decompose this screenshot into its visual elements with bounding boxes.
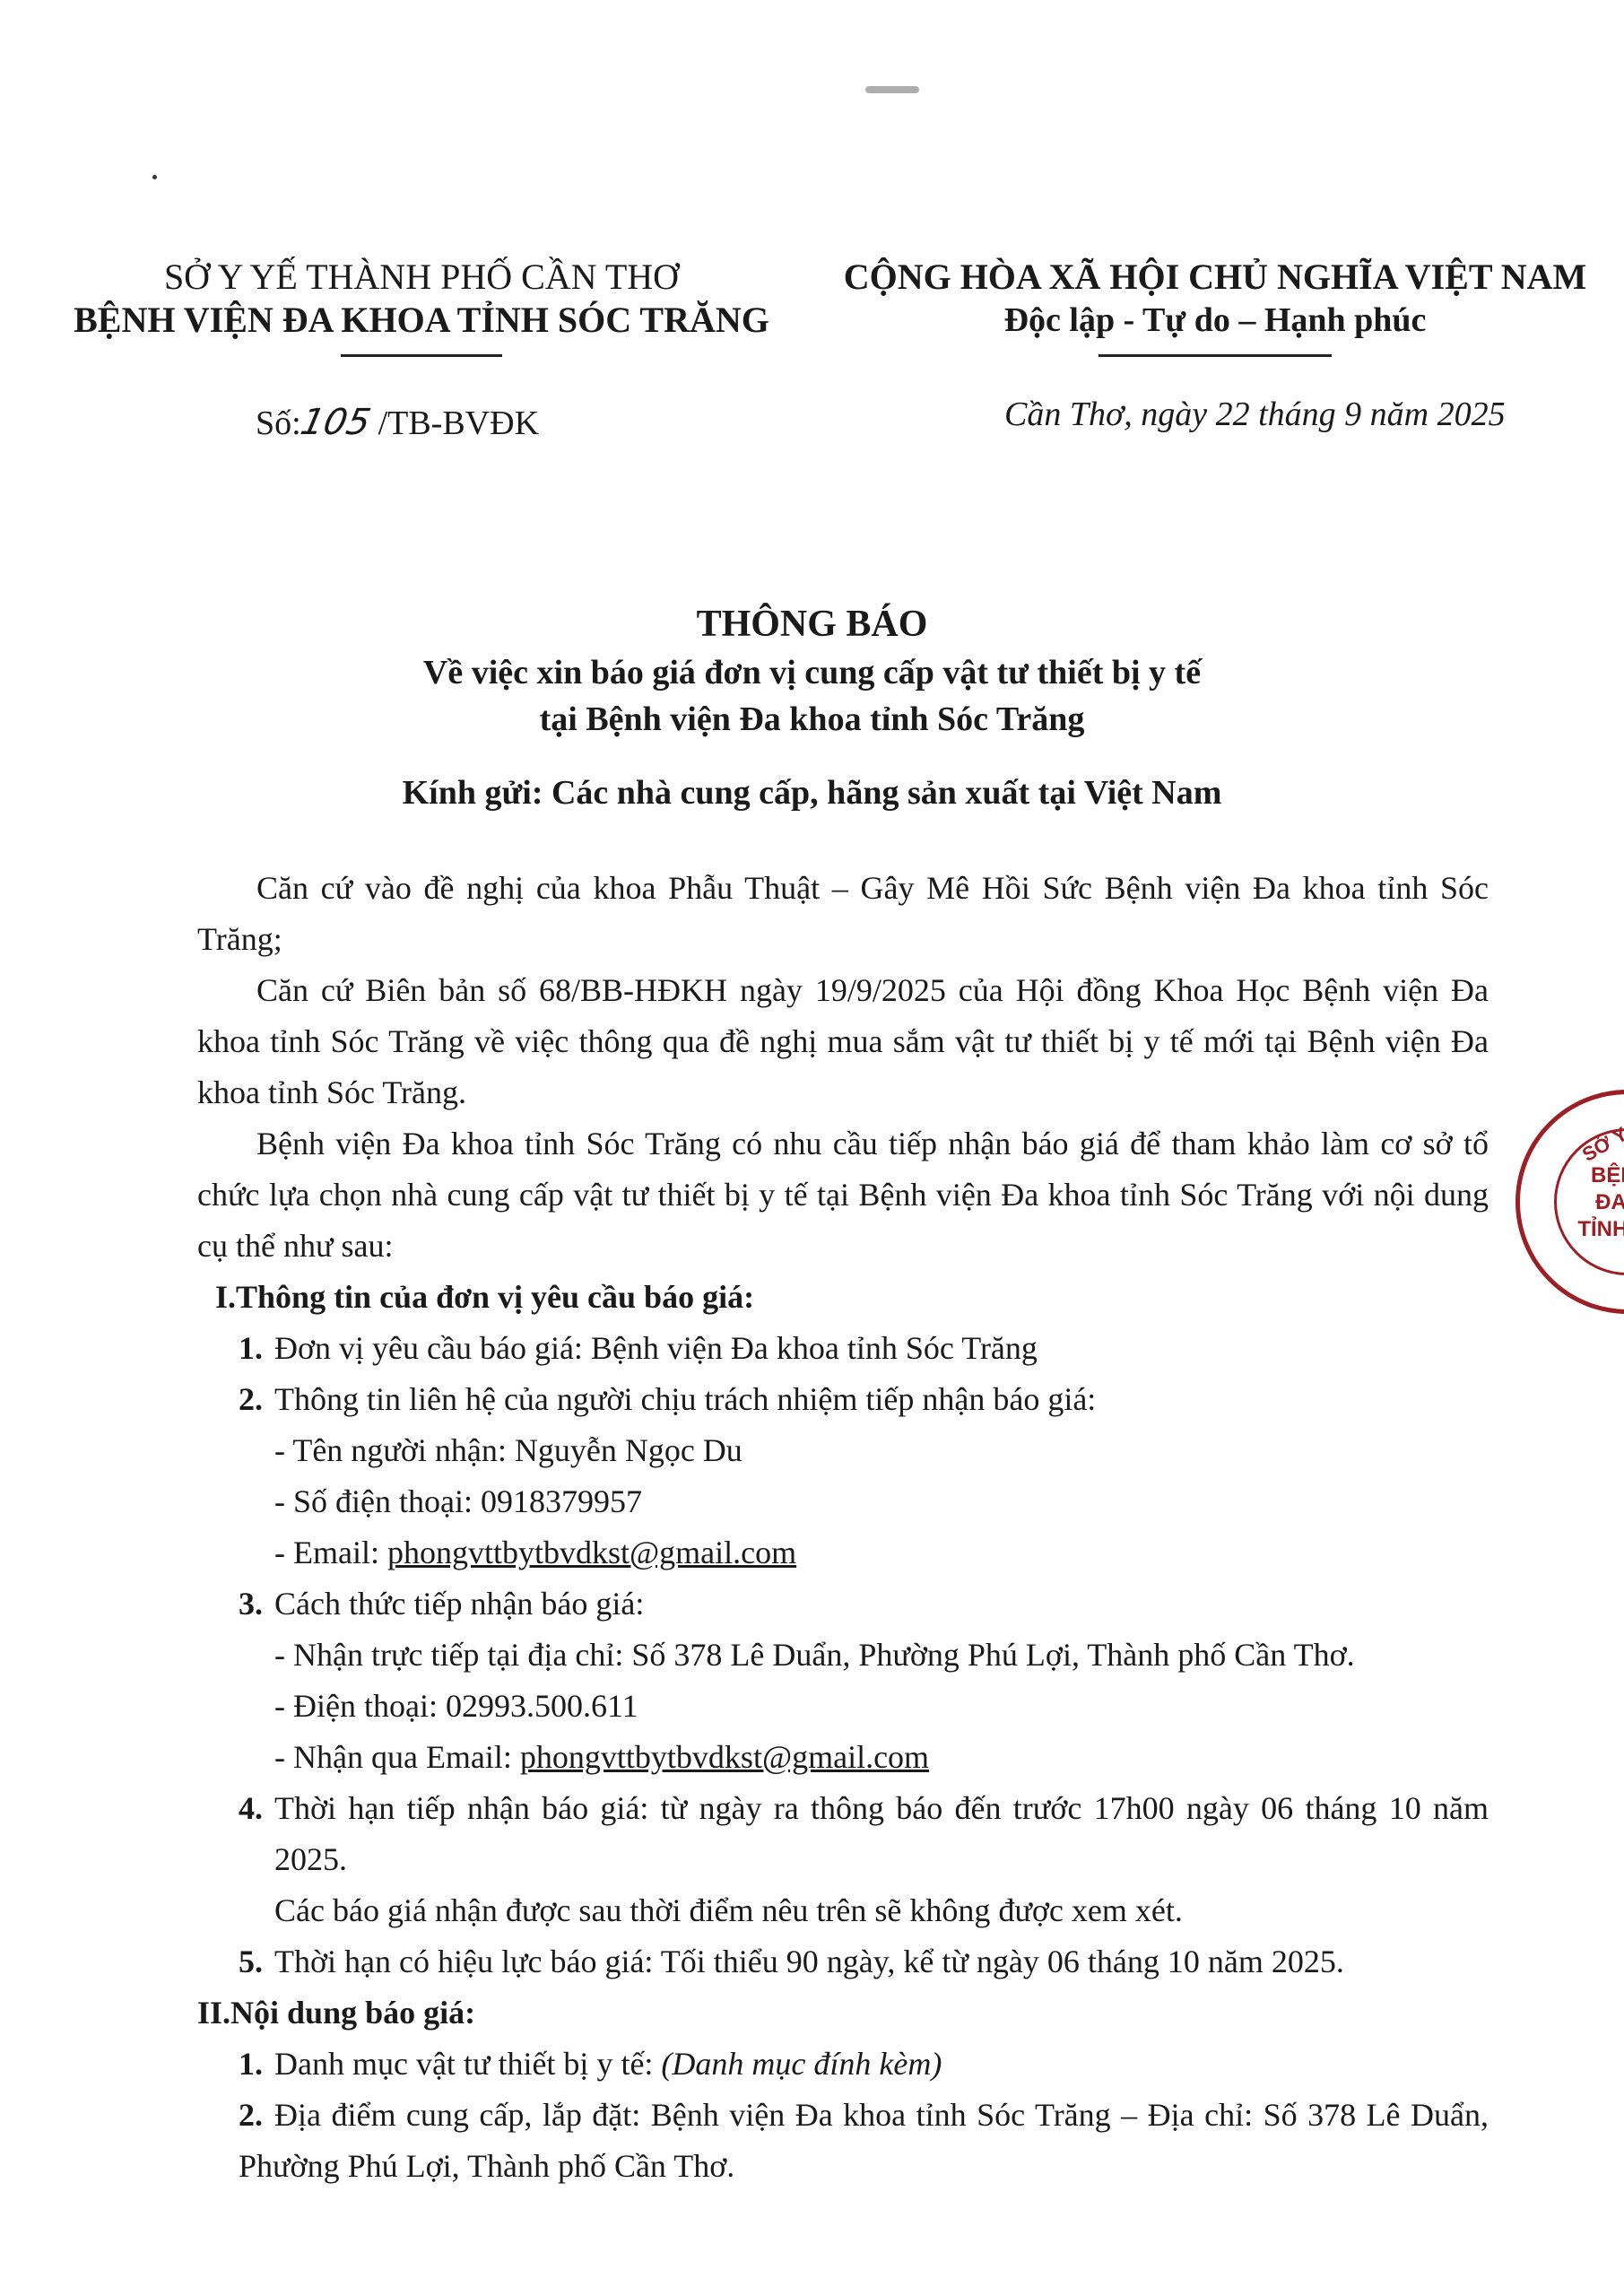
- email-label: - Email:: [274, 1535, 387, 1570]
- contact-name: - Tên người nhận: Nguyễn Ngọc Du: [197, 1425, 1489, 1476]
- title-block: THÔNG BÁO Về việc xin báo giá đơn vị cun…: [0, 599, 1624, 816]
- contact-phone: - Số điện thoại: 0918379957: [197, 1476, 1489, 1527]
- document-number: Số:105 /TB-BVĐK: [256, 402, 539, 443]
- motto-divider: [1099, 354, 1332, 357]
- item-text: Địa điểm cung cấp, lắp đặt: Bệnh viện Đa…: [239, 2097, 1489, 2184]
- item-number: 4.: [239, 1783, 274, 1834]
- issuer-header: SỞ Y YẾ THÀNH PHỐ CẦN THƠ BỆNH VIỆN ĐA K…: [63, 256, 780, 357]
- section-1-item-1: 1.Đơn vị yêu cầu báo giá: Bệnh viện Đa k…: [197, 1323, 1489, 1374]
- item-number: 1.: [239, 2039, 274, 2090]
- item-text: Danh mục vật tư thiết bị y tế:: [274, 2046, 661, 2082]
- header-divider: [341, 354, 502, 357]
- seal-center-text: BỆNH ĐA K TỈNH SÓ: [1572, 1162, 1624, 1243]
- receive-email: - Nhận qua Email: phongvttbytbvdkst@gmai…: [197, 1732, 1489, 1783]
- issuing-hospital: BỆNH VIỆN ĐA KHOA TỈNH SÓC TRĂNG: [63, 299, 780, 342]
- email-label: - Nhận qua Email:: [274, 1739, 520, 1775]
- receive-address: - Nhận trực tiếp tại địa chỉ: Số 378 Lê …: [197, 1630, 1489, 1681]
- item-number: 1.: [239, 1323, 274, 1374]
- national-title: CỘNG HÒA XÃ HỘI CHỦ NGHĨA VIỆT NAM: [825, 256, 1605, 299]
- seal-line: ĐA K: [1572, 1189, 1624, 1216]
- purpose-paragraph: Bệnh viện Đa khoa tỉnh Sóc Trăng có nhu …: [197, 1118, 1489, 1272]
- date-line: Cần Thơ, ngày 22 tháng 9 năm 2025: [1004, 395, 1506, 434]
- doc-number-prefix: Số:: [256, 404, 301, 442]
- national-motto: Độc lập - Tự do – Hạnh phúc: [825, 299, 1605, 342]
- handwritten-number: 105: [297, 402, 374, 443]
- email-link[interactable]: phongvttbytbvdkst@gmail.com: [520, 1739, 929, 1775]
- section-2-item-1: 1.Danh mục vật tư thiết bị y tế: (Danh m…: [197, 2039, 1489, 2090]
- deadline-note: Các báo giá nhận được sau thời điểm nêu …: [197, 1885, 1489, 1936]
- seal-line: BỆNH: [1572, 1162, 1624, 1189]
- document-title: THÔNG BÁO: [0, 599, 1624, 649]
- basis-paragraph-2: Căn cứ Biên bản số 68/BB-HĐKH ngày 19/9/…: [197, 965, 1489, 1118]
- section-2-heading: II.Nội dung báo giá:: [197, 1987, 1489, 2039]
- section-1-heading: I.Thông tin của đơn vị yêu cầu báo giá:: [197, 1272, 1489, 1323]
- document-body: Căn cứ vào đề nghị của khoa Phẫu Thuật –…: [197, 863, 1489, 2192]
- scan-artifact: [152, 175, 157, 179]
- seal-line: TỈNH SÓ: [1572, 1216, 1624, 1243]
- recipient-line: Kính gửi: Các nhà cung cấp, hãng sản xuấ…: [0, 770, 1624, 816]
- doc-number-suffix: /TB-BVĐK: [378, 404, 539, 442]
- email-link[interactable]: phongvttbytbvdkst@gmail.com: [387, 1535, 796, 1570]
- item-text: Cách thức tiếp nhận báo giá:: [274, 1586, 644, 1622]
- basis-paragraph-1: Căn cứ vào đề nghị của khoa Phẫu Thuật –…: [197, 863, 1489, 965]
- item-number: 3.: [239, 1578, 274, 1630]
- item-text: Thời hạn tiếp nhận báo giá: từ ngày ra t…: [274, 1790, 1489, 1877]
- section-1-item-4: 4.Thời hạn tiếp nhận báo giá: từ ngày ra…: [197, 1783, 1489, 1885]
- contact-email: - Email: phongvttbytbvdkst@gmail.com: [197, 1527, 1489, 1578]
- section-1-item-5: 5.Thời hạn có hiệu lực báo giá: Tối thiể…: [197, 1936, 1489, 1987]
- section-2-item-2: 2.Địa điểm cung cấp, lắp đặt: Bệnh viện …: [197, 2090, 1489, 2192]
- section-1-item-3: 3.Cách thức tiếp nhận báo giá:: [197, 1578, 1489, 1630]
- parent-agency: SỞ Y YẾ THÀNH PHỐ CẦN THƠ: [63, 256, 780, 299]
- official-seal: SỞ Y TẾ THÀNH BỆNH ĐA K TỈNH SÓ: [1515, 1090, 1624, 1314]
- document-subtitle-2: tại Bệnh viện Đa khoa tỉnh Sóc Trăng: [0, 696, 1624, 743]
- scan-artifact: [865, 86, 919, 93]
- item-text: Đơn vị yêu cầu báo giá: Bệnh viện Đa kho…: [274, 1330, 1038, 1366]
- item-text: Thời hạn có hiệu lực báo giá: Tối thiểu …: [274, 1944, 1344, 1979]
- item-number: 5.: [239, 1936, 274, 1987]
- item-text: Thông tin liên hệ của người chịu trách n…: [274, 1381, 1096, 1417]
- attachment-note: (Danh mục đính kèm): [661, 2046, 942, 2082]
- receive-phone: - Điện thoại: 02993.500.611: [197, 1681, 1489, 1732]
- item-number: 2.: [239, 2090, 274, 2141]
- national-header: CỘNG HÒA XÃ HỘI CHỦ NGHĨA VIỆT NAM Độc l…: [825, 256, 1605, 357]
- item-number: 2.: [239, 1374, 274, 1425]
- section-1-item-2: 2.Thông tin liên hệ của người chịu trách…: [197, 1374, 1489, 1425]
- document-subtitle-1: Về việc xin báo giá đơn vị cung cấp vật …: [0, 649, 1624, 696]
